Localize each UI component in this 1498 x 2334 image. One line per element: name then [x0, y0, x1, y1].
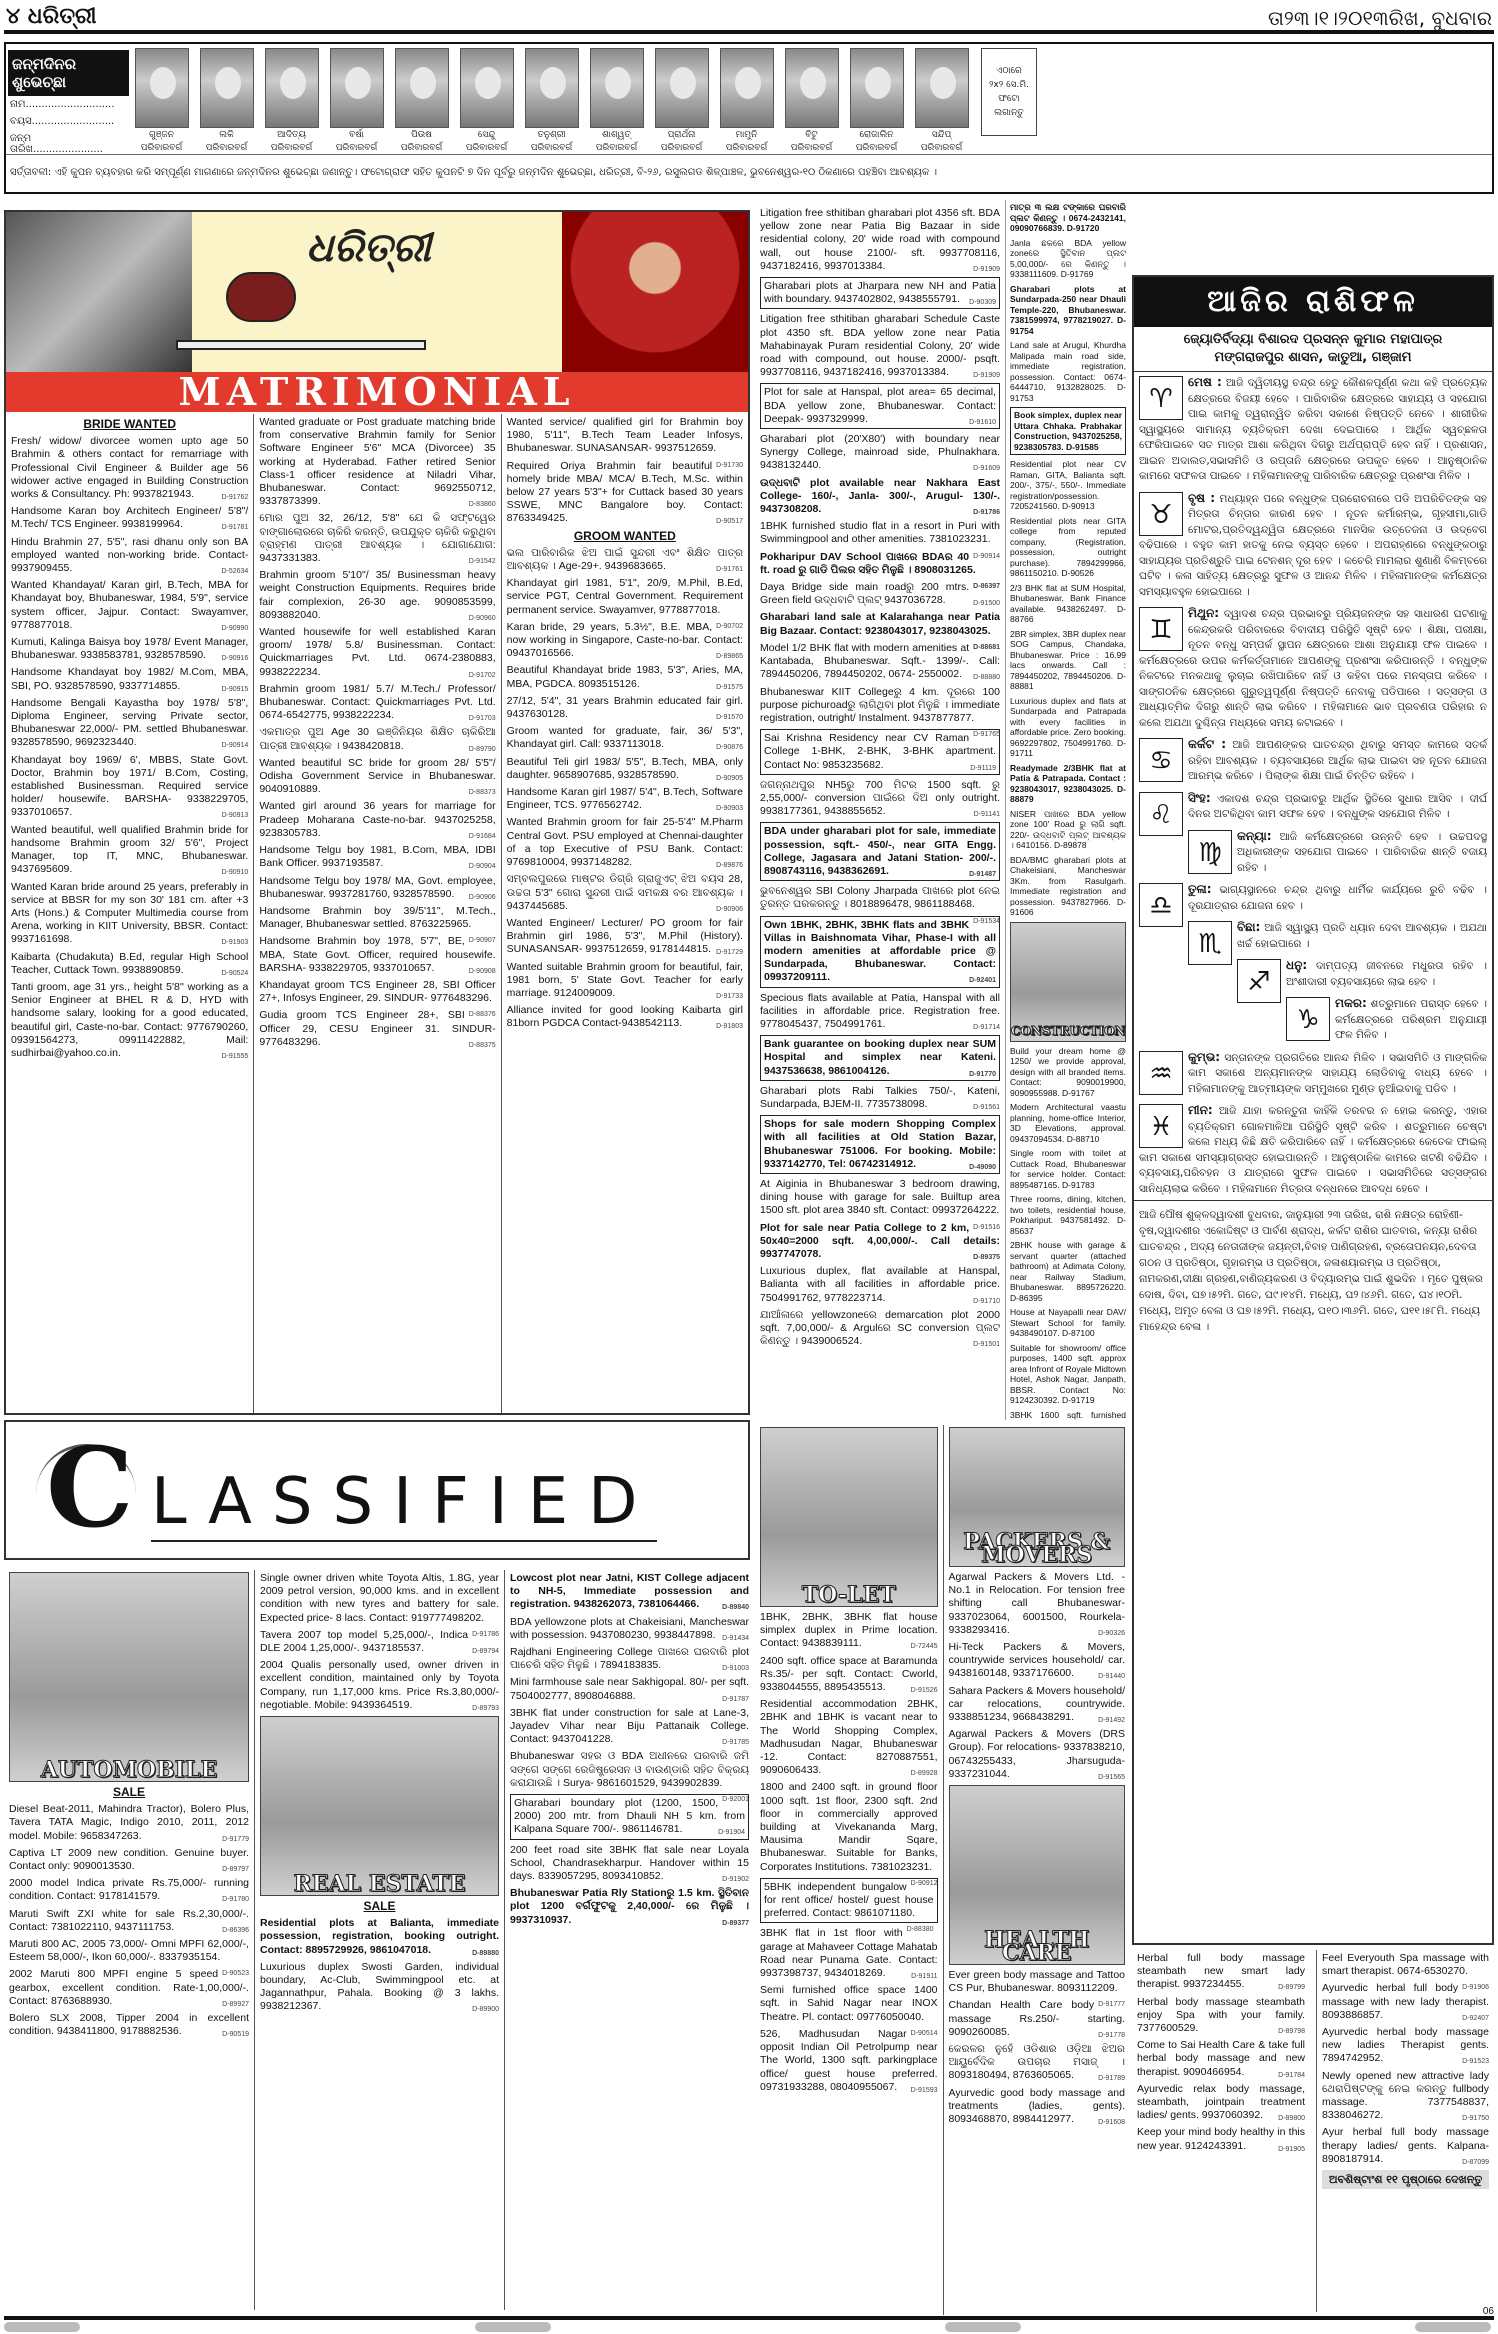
ad-id: D-91434 — [722, 1629, 749, 1645]
ad-id: D-83860 — [469, 495, 496, 511]
ad-text: Pokharipur DAV School ପାଖରେ BDAର 40 ft. … — [760, 551, 976, 576]
classified-ad: 1BHK, 2BHK, 3BHK flat house simplex dupl… — [760, 1611, 938, 1651]
classified-ad: କେରଳର ନୁହେଁ ଓଡିଶାର ଓଡ଼ିଆ ଝିଅର ଆୟୁର୍ବେଦିକ… — [949, 2043, 1126, 2083]
ad-id: D-91609 — [973, 459, 1000, 475]
birthday-coupon: ଜନ୍ମଦିନର ଶୁଭେଚ୍ଛା ନାମ...................… — [6, 44, 131, 152]
ad-id: D-91784 — [1278, 2066, 1305, 2082]
classified-ad: Captiva LT 2009 new condition. Genuine b… — [9, 1847, 249, 1873]
automobile-image: AUTOMOBILE — [9, 1572, 249, 1782]
classified-ad: 200 feet road site 3BHK flat sale near L… — [510, 1844, 749, 1884]
ad-text: Kaibarta (Chudakuta) B.Ed, regular High … — [11, 951, 248, 976]
classified-ad: Wanted Khandayat/ Karan girl, B.Tech, MB… — [11, 579, 248, 632]
classified-ad: Beautiful Khandayat bride 1983, 5'3", Ar… — [507, 664, 743, 690]
ad-text: Wanted graduate or Post graduate matchin… — [259, 416, 495, 507]
sign-text: ଏକାଦଶ ଚନ୍ଦ୍ର ପ୍ରଭାବରୁ ଆର୍ଥିକ ସ୍ଥିତିରେ ସୁ… — [1188, 793, 1487, 821]
automobile-column: AUTOMOBILE SALE Diesel Beat-2011, Mahind… — [4, 1570, 254, 2310]
zodiac-icon: ♏ — [1188, 921, 1232, 965]
footer-pill — [945, 2322, 1021, 2332]
ad-id: D-91730 — [716, 456, 743, 472]
ad-id: D-89793 — [472, 1699, 499, 1715]
classified-ad: Keep your mind body healthy in this new … — [1137, 2126, 1305, 2152]
classified-ad: Khandayat girl 1981, 5'1", 20/9, M.Phil,… — [507, 577, 743, 617]
ad-text: ଏକମାତ୍ର ପୁଅ Age 30 ଇଞ୍ଜିନିୟର ଶିକ୍ଷିତ ଚାକ… — [259, 726, 495, 751]
child-family: ପରିବାରବର୍ଗ — [271, 143, 313, 154]
zodiac-sign: ♉ବୃଷ : ମଧ୍ୟାହ୍ନ ପରେ ବନ୍ଧୁଙ୍କ ପ୍ରରୋଚନାରେ … — [1134, 488, 1492, 604]
ad-id: D-91909 — [973, 366, 1000, 382]
ad-text: Bhubaneswar ସହର ଓ BDA ଅଧୀନରେ ଘରବାରି ଜମି … — [510, 1750, 749, 1788]
child-name: ମାମୁନି — [736, 130, 758, 141]
ad-id: D-89928 — [911, 1764, 938, 1780]
classified-ad: Residential plots at Balianta, immediate… — [260, 1917, 499, 1957]
dharitri-logo: ଧରିତ୍ରୀ — [306, 224, 431, 271]
ad-id: D-90702 — [716, 617, 743, 633]
classified-ad: ଭୁବନେଶ୍ୱର SBI Colony Jharpada ପାଖରେ plot… — [760, 885, 1000, 911]
ad-text: Gharabari plots at Jharpara new NH and P… — [764, 280, 996, 305]
child-name: ଶାଶ୍ୱତ୍ — [602, 130, 631, 141]
ad-id: D-89880 — [472, 1944, 499, 1960]
classified-ad: Kumuti, Kalinga Baisya boy 1978/ Event M… — [11, 636, 248, 662]
sign-text: ମଧ୍ୟାହ୍ନ ପରେ ବନ୍ଧୁଙ୍କ ପ୍ରରୋଚନାରେ ପଡି ଅପର… — [1139, 493, 1487, 598]
ad-id: D-91733 — [716, 987, 743, 1003]
ad-text: Fresh/ widow/ divorcee women upto age 50… — [11, 435, 248, 500]
child-name: ରୋଜାଲିନ — [860, 130, 894, 141]
classified-ad: Ayurvedic relax body massage, steambath,… — [1137, 2083, 1305, 2123]
ad-id: D-89900 — [472, 2000, 499, 2016]
ad-id: D-91500 — [973, 594, 1000, 610]
birthday-wishes-section: ଜନ୍ମଦିନର ଶୁଭେଚ୍ଛା ନାମ...................… — [4, 42, 1494, 194]
ad-text: Khandayat girl 1981, 5'1", 20/9, M.Phil,… — [507, 577, 743, 615]
classified-ad: 1BHK furnished studio flat in a resort i… — [760, 520, 1000, 546]
ad-text: 2000 model Indica private Rs.75,000/- ru… — [9, 1877, 249, 1902]
classified-ad: Own 1BHK, 2BHK, 3BHK flats and 3BHK Vill… — [760, 916, 1000, 988]
sign-name: ମକର: — [1335, 996, 1367, 1010]
ad-id: D-89794 — [472, 1642, 499, 1658]
birthday-child: ଗୁଞ୍ଜନ ପରିବାରବର୍ଗ — [134, 48, 189, 154]
zodiac-sign: ♊ମିଥୁନ: ଦ୍ୱାଦଶ ଚନ୍ଦ୍ର ପ୍ରଭାବରୁ ପ୍ରିୟଜନଙ୍… — [1134, 603, 1492, 734]
ad-id: D-89927 — [222, 1995, 249, 2011]
zodiac-sign: ♒କୁମ୍ଭ: ସନ୍ତାନଙ୍କ ପ୍ରଗତିରେ ଆନନ୍ଦ ମିଳିବ ।… — [1134, 1047, 1492, 1101]
birthday-child: ପ୍ରାର୍ଥନା ପରିବାରବର୍ଗ — [654, 48, 709, 154]
classified-ad: Rajdhani Engineering College ପାଖରେ ଘରବାର… — [510, 1646, 749, 1672]
ad-text: Handsome Brahmin boy 39/5'11", M.Tech., … — [259, 905, 495, 930]
sign-text: ଦାମ୍ପତ୍ୟ ଜୀବନରେ ମଧୁରତା ରହିବ । ଅଂଶୀଦାରୀ ବ… — [1286, 960, 1487, 988]
classified-ad: Bhubaneswar ସହର ଓ BDA ଅଧୀନରେ ଘରବାରି ଜମି … — [510, 1750, 749, 1790]
ad-id: D-88380 — [907, 1920, 934, 1936]
ad-text: Handsome Karan girl 1987/ 5'4", B.Tech, … — [507, 786, 743, 811]
birthday-child: ବର୍ଷା ପରିବାରବର୍ଗ — [329, 48, 384, 154]
classified-ad: Feel Everyouth Spa massage with smart th… — [1322, 1952, 1489, 1978]
ad-id: D-88681 — [973, 638, 1000, 654]
ad-id: D-91904 — [718, 1823, 745, 1839]
ad-id: D-91781 — [221, 518, 248, 534]
classified-ad: Sahara Packers & Movers household/ car r… — [949, 1685, 1126, 1725]
matrimonial-title: MATRIMONIAL — [6, 372, 748, 412]
classified-ad: Come to Sai Health Care & take full herb… — [1137, 2039, 1305, 2079]
classified-ad: 27/12, 5'4", 31 years Brahmin educated f… — [507, 695, 743, 721]
child-photo — [460, 48, 514, 128]
ad-id: D-91684 — [469, 827, 496, 843]
classified-ad: ଭଲ ପାରିବାରିକ ଝିଅ ପାଇଁ ସୁନ୍ଦରୀ ଏବଂ ଶିକ୍ଷି… — [507, 547, 743, 573]
classified-ad: Gharabari plots at Jharpara new NH and P… — [760, 277, 1000, 309]
classified-ad: Khandayat boy 1969/ 6', MBBS, State Govt… — [11, 754, 248, 820]
classified-ad: Lowcost plot near Jatni, KIST College ad… — [510, 1572, 749, 1612]
ad-id: D-90912 — [911, 1874, 938, 1890]
ad-text: Litigation free sthitiban gharabari Sche… — [760, 313, 1000, 378]
property-column-low: Lowcost plot near Jatni, KIST College ad… — [504, 1570, 754, 2310]
ad-id: D-91702 — [469, 666, 496, 682]
classified-ad: Wanted Brahmin groom for fair 25-5'4" M.… — [507, 816, 743, 869]
page-date: ତା୨୩।୧।୨୦୧୩ରିଖ, ବୁଧବାର — [1268, 6, 1492, 30]
sign-name: ମିଥୁନ: — [1188, 606, 1219, 620]
classified-ad: At Aiginia in Bhubaneswar 3 bedroom draw… — [760, 1178, 1000, 1218]
ad-text: Brahmin groom 5'10"/ 35/ Businessman hea… — [259, 569, 495, 621]
classified-ad: Book simplex, duplex near Uttara Chhaka.… — [1010, 407, 1126, 455]
ad-id: D-88376 — [469, 1005, 496, 1021]
sign-name: ବୃଷ : — [1188, 491, 1215, 505]
ad-text: At Aiginia in Bhubaneswar 3 bedroom draw… — [760, 1178, 1000, 1216]
child-photo — [265, 48, 319, 128]
classified-ad: Bhubaneswar Patia Rly Stationରୁ 1.5 km. … — [510, 1887, 749, 1927]
ad-id: D-90906 — [716, 900, 743, 916]
sign-text: ଭାଗ୍ୟସ୍ଥାନରେ ଚନ୍ଦ୍ର ଥିବାରୁ ଧାର୍ମିକ କାର୍ଯ… — [1188, 884, 1487, 912]
classified-ad: Wanted beautiful SC bride for groom 28/ … — [259, 757, 495, 797]
child-family: ପରିବାରବର୍ଗ — [401, 143, 443, 154]
matrimonial-column-3: Wanted service/ qualified girl for Brahm… — [501, 414, 748, 1413]
ad-text: Lowcost plot near Jatni, KIST College ad… — [510, 1572, 749, 1610]
birthday-child: ବିଟୁ ପରିବାରବର୍ଗ — [784, 48, 839, 154]
child-name: ସେନ୍ଦୁ — [478, 130, 495, 141]
ad-id: D-90916 — [221, 649, 248, 665]
child-family: ପରିବାରବର୍ଗ — [791, 143, 833, 154]
ad-id: D-91492 — [1098, 1711, 1125, 1727]
child-family: ପରିବାରବର୍ଗ — [596, 143, 638, 154]
classified-ad: 3BHK 1600 sqft. furnished new flat with … — [1010, 1410, 1126, 1421]
zodiac-icon: ♋ — [1139, 738, 1183, 782]
classified-ad: Agarwal Packers & Movers (DRS Group). Fo… — [949, 1728, 1126, 1781]
classified-ad: BDA yellowzone plots at Chakeisiani, Man… — [510, 1616, 749, 1642]
child-photo — [395, 48, 449, 128]
classified-ad: Land sale at Arugul, Khurdha Malipada ma… — [1010, 340, 1126, 403]
ad-id: D-91703 — [469, 709, 496, 725]
classified-ad: Gharabari boundary plot (1200, 1500, 200… — [510, 1794, 749, 1840]
child-family: ପରିବାରବର୍ଗ — [336, 143, 378, 154]
ad-id: D-91777 — [1098, 1995, 1125, 2011]
matrimonial-column-1: BRIDE WANTED Fresh/ widow/ divorcee wome… — [6, 414, 253, 1413]
ad-text: 5BHK independent bungalow for rent offic… — [764, 1881, 934, 1919]
ad-text: Plot for sale near Patia College to 2 km… — [760, 1222, 1000, 1260]
ad-id: D-91729 — [716, 943, 743, 959]
matrimonial-section: ଧରିତ୍ରୀ MATRIMONIAL BRIDE WANTED Fresh/ … — [4, 210, 750, 1415]
ad-text: Beautiful Khandayat bride 1983, 5'3", Ar… — [507, 664, 743, 689]
ad-id: D-90914 — [973, 547, 1000, 563]
ad-id: D-91903 — [221, 933, 248, 949]
child-family: ପରିବାରବର୍ଗ — [466, 143, 508, 154]
child-photo — [915, 48, 969, 128]
classified-lower-grid: AUTOMOBILE SALE Diesel Beat-2011, Mahind… — [4, 1570, 754, 2310]
sign-name: କୁମ୍ଭ: — [1188, 1050, 1220, 1064]
ad-text: Handsome Telgu boy 1978/ MA, Govt. emplo… — [259, 875, 495, 900]
ad-id: D-89800 — [1278, 2109, 1305, 2125]
ad-id: D-91786 — [973, 503, 1000, 519]
birthday-title: ଜନ୍ମଦିନର ଶୁଭେଚ୍ଛା — [8, 50, 129, 96]
birthday-child: ଆଦିତ୍ୟ ପରିବାରବର୍ଗ — [264, 48, 319, 154]
ad-text: Hindu Brahmin 27, 5'5", rasi dhanu only … — [11, 536, 248, 574]
classified-ad: Gharabari plot (20'X80') with boundary n… — [760, 433, 1000, 473]
classified-ad: House at Nayapalli near DAV/ Stewart Sch… — [1010, 1307, 1126, 1339]
birthday-child: ସେନ୍ଦୁ ପରିବାରବର୍ଗ — [459, 48, 514, 154]
footer-pill — [4, 2322, 80, 2332]
classified-ad: Required Oriya Brahmin fair beautiful ho… — [507, 460, 743, 526]
ad-text: Gharabari land sale at Kalarahanga near … — [760, 611, 1000, 636]
age-field[interactable]: ବୟସ.......................... — [6, 113, 131, 130]
ad-id: D-91762 — [221, 488, 248, 504]
sign-text: ଦ୍ୱାଦଶ ଚନ୍ଦ୍ର ପ୍ରଭାବରୁ ପ୍ରିୟଜନଙ୍କ ସହ ସାଧ… — [1139, 608, 1487, 729]
ad-id: D-90990 — [221, 619, 248, 635]
classified-ad: Luxurious duplex and flats at Sundarpada… — [1010, 696, 1126, 759]
ad-id: D-91785 — [722, 1733, 749, 1749]
classified-ad: Bank guarantee on booking duplex near SU… — [760, 1035, 1000, 1081]
ad-id: D-91119 — [970, 759, 996, 775]
classified-ad: Hindu Brahmin 27, 5'5", rasi dhanu only … — [11, 536, 248, 576]
ad-id: D-90907 — [469, 931, 496, 947]
zodiac-icon: ♒ — [1139, 1051, 1183, 1095]
photo-placeholder: ଏଠାରେ୨x୨ ସେ.ମି.ଫଟୋଲଗାନ୍ତୁ — [981, 48, 1037, 136]
ad-text: 1800 and 2400 sqft. in ground floor 1000… — [760, 1781, 938, 1872]
classified-ad: Wanted service/ qualified girl for Brahm… — [507, 416, 743, 456]
photo-slot-text: ୨x୨ ସେ.ମି. — [989, 80, 1029, 90]
birthday-child: ମାମୁନି ପରିବାରବର୍ଗ — [719, 48, 774, 154]
realestate-image: REAL ESTATE — [260, 1716, 499, 1896]
classified-ad: Ever green body massage and Tattoo CS Pu… — [949, 1969, 1126, 1995]
ad-text: Alliance invited for good looking Kaibar… — [507, 1004, 743, 1029]
ad-text: Maruti Swift ZXI white for sale Rs.2,30,… — [9, 1908, 249, 1933]
ad-text: Single owner driven white Toyota Altis, … — [260, 1572, 499, 1624]
zodiac-sign: ♏ବିଛା: ଆଜି ସ୍ୱାସ୍ଥ୍ୟ ପ୍ରତି ଧ୍ୟାନ ଦେବା ଆବ… — [1134, 917, 1492, 955]
packers-image: PACKERS & MOVERS — [949, 1427, 1126, 1567]
ad-id: D-89375 — [973, 1248, 1000, 1264]
classified-ad: Ayurvedic good body massage and treatmen… — [949, 2087, 1126, 2127]
ad-id: D-91565 — [1098, 1768, 1125, 1784]
sign-name: ତୁଳା: — [1188, 882, 1212, 896]
classified-ad: Beautiful Teli girl 1983/ 5'5", B.Tech, … — [507, 756, 743, 782]
ad-id: D-91487 — [969, 865, 996, 881]
classified-ad: ଯାଆଁଳାରେ yellowzoneରେ demarcation plot 2… — [760, 1309, 1000, 1349]
zodiac-sign: ♓ମୀନ: ଆଜି ଯାହା କରନ୍ତୁନା କାହିଁକି ତରବର ନ ହ… — [1134, 1100, 1492, 1200]
sign-name: କନ୍ୟା: — [1237, 829, 1272, 843]
birthday-photos: ଗୁଞ୍ଜନ ପରିବାରବର୍ଗ ଲକି ପରିବାରବର୍ଗ ଆଦିତ୍ୟ … — [134, 48, 1492, 154]
ad-text: ଭଲ ପାରିବାରିକ ଝିଅ ପାଇଁ ସୁନ୍ଦରୀ ଏବଂ ଶିକ୍ଷି… — [507, 547, 743, 572]
classified-ad: Bhubaneswar KIIT Collegeରୁ 4 km. ଦୂରରେ 1… — [760, 686, 1000, 726]
zodiac-signs: ♈ମେଷ : ଆଜି ଦ୍ୱିତୀୟସ୍ଥ ଚନ୍ଦ୍ର ହେତୁ କୌଶଳପୂ… — [1134, 372, 1492, 1200]
ad-text: 2004 Qualis personally used, owner drive… — [260, 1659, 499, 1711]
ad-text: Khandayat boy 1969/ 6', MBBS, State Govt… — [11, 754, 248, 819]
child-family: ପରିବାରବର୍ଗ — [141, 143, 183, 154]
ad-id: D-86396 — [222, 1921, 249, 1937]
automobile-sale-heading: SALE — [9, 1786, 249, 1799]
ad-text: Groom wanted for graduate, fair, 36/ 5'3… — [507, 725, 743, 750]
ad-id: D-90903 — [716, 799, 743, 815]
ad-text: Bank guarantee on booking duplex near SU… — [764, 1038, 996, 1076]
ad-id: D-91608 — [1098, 2113, 1125, 2129]
ad-text: Diesel Beat-2011, Mahindra Tractor), Bol… — [9, 1803, 249, 1841]
child-photo — [330, 48, 384, 128]
classified-ad: Readymade 2/3BHK flat at Patia & Patrapa… — [1010, 763, 1126, 805]
classified-ad: Daya Bridge side main roadରୁ 200 mtrs. G… — [760, 581, 1000, 607]
packers-label: PACKERS & MOVERS — [950, 1536, 1125, 1562]
ad-text: Specious flats available at Patia, Hansp… — [760, 992, 1000, 1030]
classified-ad: Specious flats available at Patia, Hansp… — [760, 992, 1000, 1032]
birthday-terms: ସର୍ତ୍ତାବଳୀ: ଏହି କୁପନ ବ୍ୟବହାର କରି ସମ୍ପୂର୍… — [6, 154, 1492, 192]
ad-text: Plot for sale at Hanspal, plot area= 65 … — [764, 386, 996, 424]
ad-id: D-91440 — [1098, 1667, 1125, 1683]
ad-id: D-89799 — [1278, 1978, 1305, 1994]
bride-wanted-heading: BRIDE WANTED — [11, 418, 248, 431]
classified-ad: Maruti Swift ZXI white for sale Rs.2,30,… — [9, 1908, 249, 1934]
zodiac-sign: ♍କନ୍ୟା: ଆଜି କର୍ମକ୍ଷେତ୍ରରେ ଉନ୍ନତି ହେବ । ଉ… — [1134, 826, 1492, 880]
ad-id: D-91911 — [911, 1967, 937, 1983]
classified-ad: Residential plot near CV Raman, GITA, Ba… — [1010, 459, 1126, 512]
zodiac-icon: ♐ — [1237, 959, 1281, 1003]
classified-ad: Khandayat groom TCS Engineer 28, SBI Off… — [259, 979, 495, 1005]
child-photo — [590, 48, 644, 128]
classified-ad: Brahmin groom 5'10"/ 35/ Businessman hea… — [259, 569, 495, 622]
ad-id: D-90876 — [716, 738, 743, 754]
ad-text: Bhubaneswar KIIT Collegeରୁ 4 km. ଦୂରରେ 1… — [760, 686, 1000, 724]
ad-text: BDA yellowzone plots at Chakeisiani, Man… — [510, 1616, 749, 1641]
ad-text: Tavera 2007 top model 5,25,000/-, Indica… — [260, 1629, 468, 1654]
classified-ad: Handsome Karan boy Architech Engineer/ 5… — [11, 505, 248, 531]
classified-ad: Wanted beautiful, well qualified Brahmin… — [11, 824, 248, 877]
classified-ad: Janla ଛକରେ BDA yellow zoneରେ ସ୍ଥିତିବାନ ପ… — [1010, 238, 1126, 280]
ad-text: Luxurious duplex, flat available at Hans… — [760, 1265, 1000, 1303]
classified-ad: Single room with toilet at Cuttack Road,… — [1010, 1148, 1126, 1190]
ad-id: D-91905 — [1278, 2140, 1305, 2156]
zodiac-icon: ♈ — [1139, 376, 1183, 420]
ad-text: 27/12, 5'4", 31 years Brahmin educated f… — [507, 695, 743, 720]
ad-text: Kumuti, Kalinga Baisya boy 1978/ Event M… — [11, 636, 248, 661]
ad-text: Gharabari boundary plot (1200, 1500, 200… — [514, 1797, 745, 1835]
classified-ad: Residential accommodation 2BHK, 2BHK and… — [760, 1698, 938, 1777]
massage-ads: Herbal full body massage steambath new s… — [1132, 1950, 1494, 2312]
ad-id: D-90905 — [716, 769, 743, 785]
ad-text: Wanted Karan bride around 25 years, pref… — [11, 881, 248, 946]
ad-id: D-91765 — [973, 725, 1000, 741]
classified-ad: Handsome Brahmin boy 39/5'11", M.Tech., … — [259, 905, 495, 931]
classified-ad: Agarwal Packers & Movers Ltd. - No.1 in … — [949, 1571, 1126, 1637]
ad-text: ମୋର ପୁଅ 32, 26/12, 5'8" ଯେ କି ସଫ୍ଟୱେର ବା… — [259, 512, 495, 564]
bride-photo — [562, 212, 748, 372]
ad-id: D-90904 — [469, 857, 496, 873]
ad-id: D-91779 — [222, 1830, 249, 1846]
ad-id: D-91789 — [1098, 2069, 1125, 2085]
ad-id: D-89798 — [1278, 2022, 1305, 2038]
ad-id: D-92407 — [1462, 2009, 1489, 2025]
ad-text: Maruti 800 AC, 2005 73,000/- Omni MPFI 6… — [9, 1938, 249, 1963]
child-name: ଗୁଞ୍ଜନ — [149, 130, 174, 141]
page-number: 06 — [1483, 2306, 1494, 2317]
zodiac-sign: ♑ମକର: ଶତ୍ରୁମାନେ ପରାସ୍ତ ହେବେ । କର୍ମକ୍ଷେତ୍… — [1134, 993, 1492, 1047]
ad-id: D-91902 — [722, 1870, 749, 1886]
classified-ad: ମୋର ପୁଅ 32, 26/12, 5'8" ଯେ କି ସଫ୍ଟୱେର ବା… — [259, 512, 495, 565]
ad-id: D-52634 — [221, 562, 248, 578]
ad-text: Wanted suitable Brahmin groom for beauti… — [507, 961, 743, 999]
horoscope-title: ଆଜିର ରାଶିଫଳ — [1134, 277, 1492, 327]
panchang: ଆଜି ପୌଷ ଶୁକ୍ଳଦ୍ୱାଦଶୀ ବୁଧବାର, ଜାନୁୟାରୀ ୨୩… — [1134, 1200, 1492, 1341]
astrologer-credit: ଜ୍ୟୋତିର୍ବିଦ୍ୟା ବିଶାରଦ ପ୍ରସନ୍ନ କୁମାର ମହାପ… — [1134, 327, 1492, 372]
ad-text: Model 1/2 BHK flat with modern amenities… — [760, 642, 1000, 680]
ad-id: D-92001 — [722, 1790, 749, 1806]
classified-ad: Wanted girl around 36 years for marriage… — [259, 800, 495, 840]
ad-id: D-91803 — [716, 1017, 743, 1033]
property-column-2: ମାତ୍ର ୩ ଲକ୍ଷ ଟଙ୍କାରେ ଘରବାରି ପ୍ଲଟ କିଣନ୍ତୁ… — [1005, 200, 1130, 1420]
ad-id: D-49090 — [969, 1158, 996, 1174]
construction-image: CONSTRUCTION — [1010, 922, 1126, 1042]
astrologer-name: ଜ୍ୟୋତିର୍ବିଦ୍ୟା ବିଶାରଦ ପ୍ରସନ୍ନ କୁମାର ମହାପ… — [1134, 331, 1492, 349]
matrimonial-banner: ଧରିତ୍ରୀ — [6, 212, 748, 372]
classified-ad: Newly opened new attractive lady ଥେରାପିଷ… — [1322, 2070, 1489, 2123]
ad-text: Tanti groom, age 31 yrs., height 5'8'' w… — [11, 981, 248, 1059]
packers-health-column: PACKERS & MOVERS Agarwal Packers & Mover… — [943, 1425, 1131, 2315]
child-photo — [135, 48, 189, 128]
classified-ad: Gudia groom TCS Engineer 28+, SBI Office… — [259, 1009, 495, 1049]
continued-notice: ଅବଶିଷ୍ଟାଂଶ ୧୧ ପୃଷ୍ଠାରେ ଦେଖନ୍ତୁ — [1322, 2170, 1489, 2189]
classified-ad: Groom wanted for graduate, fair, 36/ 5'3… — [507, 725, 743, 751]
child-name: ସନ୍ଦିପ୍ — [932, 130, 951, 141]
zodiac-icon: ♌ — [1139, 792, 1183, 836]
sign-text: ଆଜି ଯାହା କରନ୍ତୁନା କାହିଁକି ତରବର ନ ହୋଇ କରନ… — [1139, 1105, 1487, 1195]
classified-ad: ଜଗନ୍ନାଥପୁର NH5ରୁ 700 ମିଟର 1500 sqft. ରୁ … — [760, 779, 1000, 819]
classified-title: LASSIFIED — [151, 1464, 657, 1542]
classified-ad: Kaibarta (Chudakuta) B.Ed, regular High … — [11, 951, 248, 977]
classified-ad: Semi furnished office space 1400 sqft. i… — [760, 1984, 938, 2024]
ad-text: ଉଦ୍ଧବାଟି plot available near Nakhara Eas… — [760, 477, 1000, 515]
shehnai-illustration — [176, 340, 426, 350]
classified-ad: Luxurious duplex Swosti Garden, individu… — [260, 1961, 499, 2014]
ad-text: Wanted Khandayat/ Karan girl, B.Tech, MB… — [11, 579, 248, 631]
classified-ad: Handsome Bengali Kayastha boy 1978/ 5'8"… — [11, 697, 248, 750]
ad-text: 1BHK furnished studio flat in a resort i… — [760, 520, 1000, 545]
realestate-sale-heading: SALE — [260, 1900, 499, 1913]
classified-ad: ଉଦ୍ଧବାଟି plot available near Nakhara Eas… — [760, 477, 1000, 517]
page-label: ୪ ଧରିତ୍ରୀ — [6, 4, 97, 29]
ad-id: D-91526 — [911, 1681, 938, 1697]
classified-ad: Mini farmhouse sale near Sakhigopal. 80/… — [510, 1676, 749, 1702]
child-family: ପରିବାରବର୍ଗ — [726, 143, 768, 154]
ad-id: D-91523 — [1462, 2052, 1489, 2068]
classified-ad: Gharabari plots Rabi Talkies 750/-, Kate… — [760, 1085, 1000, 1111]
ad-id: D-86397 — [973, 577, 1000, 593]
classified-ad: 2400 sqft. office space at Baramunda Rs.… — [760, 1655, 938, 1695]
birthday-child: ଶାଶ୍ୱତ୍ ପରିବାରବର୍ଗ — [589, 48, 644, 154]
name-field[interactable]: ନାମ............................ — [6, 96, 131, 113]
classified-ad: Diesel Beat-2011, Mahindra Tractor), Bol… — [9, 1803, 249, 1843]
ad-id: D-91570 — [716, 708, 743, 724]
ad-id: D-91555 — [221, 1047, 248, 1063]
ad-text: Own 1BHK, 2BHK, 3BHK flats and 3BHK Vill… — [764, 919, 996, 984]
photo-slot-text: ଏଠାରେ — [996, 66, 1022, 76]
birthday-child: ରୋଜାଲିନ ପରିବାରବର୍ଗ — [849, 48, 904, 154]
classified-ad: Build your dream home @ 1250/ we provide… — [1010, 1046, 1126, 1099]
zodiac-icon: ♊ — [1139, 607, 1183, 651]
ad-id: D-91770 — [969, 1065, 996, 1081]
sign-name: ମୀନ: — [1188, 1103, 1213, 1117]
horoscope-section: ଆଜିର ରାଶିଫଳ ଜ୍ୟୋତିର୍ବିଦ୍ୟା ବିଶାରଦ ପ୍ରସନ୍… — [1132, 275, 1494, 1945]
ad-id: D-72445 — [911, 1637, 938, 1653]
ad-id: D-89790 — [469, 740, 496, 756]
child-photo — [200, 48, 254, 128]
classified-ad: Wanted Engineer/ Lecturer/ PO groom for … — [507, 917, 743, 957]
sign-name: ମେଷ : — [1188, 375, 1222, 389]
